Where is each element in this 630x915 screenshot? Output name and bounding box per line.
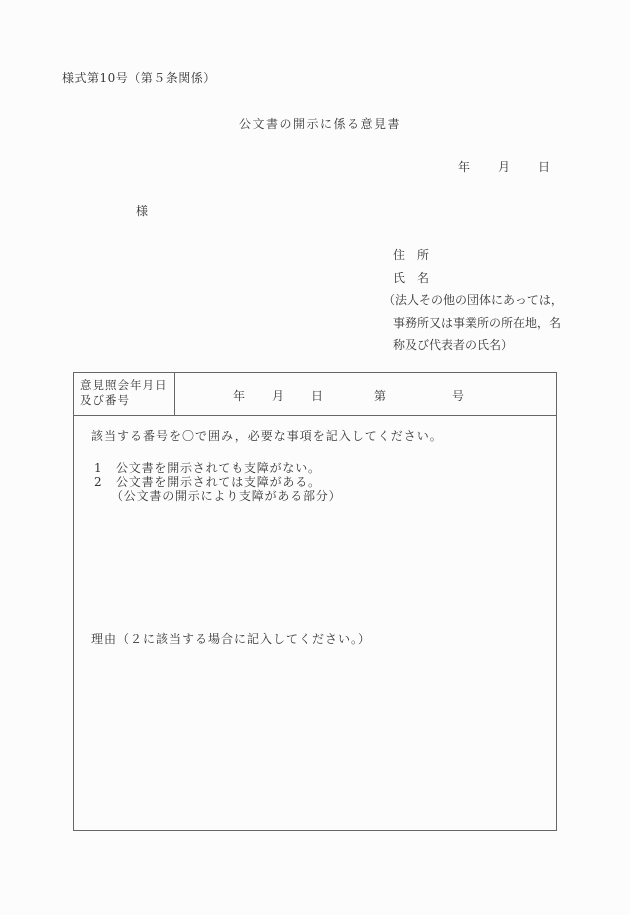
inquiry-label-line1: 意見照会年月日 — [80, 378, 174, 393]
day-label: 日 — [538, 158, 550, 175]
corporate-note-line3: 称及び代表者の氏名） — [383, 334, 563, 357]
inquiry-day-label: 日 — [311, 387, 323, 404]
reason-label: 理由（２に該当する場合に記入してください。） — [91, 630, 371, 647]
option-2-subnote: （公文書の開示により支障がある部分） — [111, 490, 341, 504]
option-2[interactable]: 2公文書を開示されては支障がある。 — [94, 476, 321, 490]
name-label: 氏 名 — [383, 267, 563, 290]
inquiry-date-number-label: 意見照会年月日 及び番号 — [74, 373, 175, 415]
option-1-number: 1 — [94, 462, 116, 476]
address-label: 住 所 — [383, 244, 563, 267]
option-1[interactable]: 1公文書を開示されても支障がない。 — [94, 462, 321, 476]
inquiry-label-line2: 及び番号 — [80, 393, 174, 408]
addressee-honorific: 様 — [136, 202, 148, 219]
inquiry-date-number-field[interactable]: 年 月 日 第 号 — [177, 373, 556, 415]
form-number: 様式第10号（第５条関係） — [62, 69, 216, 86]
sender-block: 住 所 氏 名 （法人その他の団体にあっては， 事務所又は事業所の所在地，名 称… — [383, 244, 563, 357]
option-2-text: 公文書を開示されては支障がある。 — [116, 475, 321, 489]
opinion-body-area[interactable]: 該当する番号を〇で囲み，必要な事項を記入してください。 1公文書を開示されても支… — [74, 417, 556, 830]
inquiry-dai-label: 第 — [374, 387, 386, 404]
corporate-note-line2: 事務所又は事業所の所在地，名 — [383, 312, 563, 335]
submission-date-line: 年月日 — [458, 158, 550, 175]
option-1-text: 公文書を開示されても支障がない。 — [116, 461, 321, 475]
month-label: 月 — [498, 158, 510, 175]
document-title: 公文書の開示に係る意見書 — [239, 115, 401, 132]
inquiry-info-row: 意見照会年月日 及び番号 年 月 日 第 号 — [74, 373, 556, 416]
instruction-text: 該当する番号を〇で囲み，必要な事項を記入してください。 — [91, 427, 443, 444]
opinion-form-table: 意見照会年月日 及び番号 年 月 日 第 号 該当する番号を〇で囲み，必要な事項… — [73, 372, 557, 831]
year-label: 年 — [458, 158, 470, 175]
option-2-number: 2 — [94, 476, 116, 490]
inquiry-month-label: 月 — [272, 387, 284, 404]
inquiry-year-label: 年 — [233, 387, 245, 404]
corporate-note-line1: （法人その他の団体にあっては， — [383, 289, 563, 312]
inquiry-go-label: 号 — [452, 387, 464, 404]
